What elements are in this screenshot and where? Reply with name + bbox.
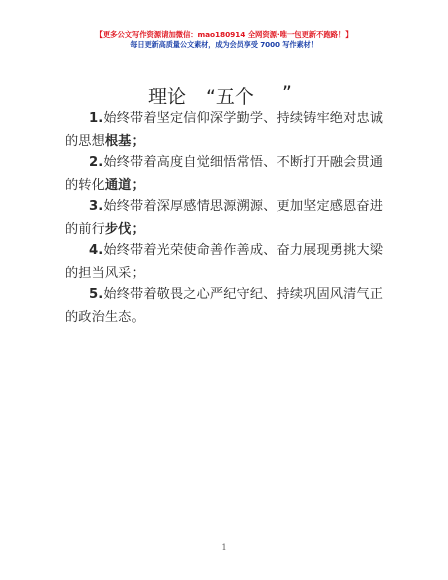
list-item: 5.始终带着敬畏之心严纪守纪、持续巩固风清气正的政治生态。 xyxy=(65,283,383,327)
item-tail: 生态。 xyxy=(105,310,145,325)
item-tail: 根基； xyxy=(105,134,145,149)
list-item: 3.始终带着深厚感情思源溯源、更加坚定感恩奋进的前行步伐； xyxy=(65,195,383,239)
paragraph-3: 3.始终带着深厚感情思源溯源、更加坚定感恩奋进的前行步伐； xyxy=(65,195,383,241)
title-part-1: 理论 xyxy=(148,82,186,109)
paragraph-1: 1.始终带着坚定信仰深学勤学、持续铸牢绝对忠诚的思想根基； xyxy=(65,107,383,153)
title-part-3: ” xyxy=(282,82,292,104)
page-number: 1 xyxy=(0,543,448,552)
item-number: 3. xyxy=(89,199,103,214)
document-page: 【更多公文写作资源请加微信：mao180914 全网资源·唯一包更新不跑路！】 … xyxy=(0,0,448,580)
item-number: 5. xyxy=(89,287,103,302)
item-tail: 通道； xyxy=(105,178,145,193)
paragraph-4: 4.始终带着光荣使命善作善成、奋力展现勇挑大梁的担当风采； xyxy=(65,239,383,285)
paragraph-2: 2.始终带着高度自觉细悟常悟、不断打开融会贯通的转化通道； xyxy=(65,151,383,197)
page-title: 理论 “五个 ” xyxy=(0,82,448,108)
list-item: 1.始终带着坚定信仰深学勤学、持续铸牢绝对忠诚的思想根基； xyxy=(65,107,383,151)
item-number: 2. xyxy=(89,155,103,170)
list-item: 4.始终带着光荣使命善作善成、奋力展现勇挑大梁的担当风采； xyxy=(65,239,383,283)
item-tail: 步伐； xyxy=(105,222,145,237)
promo-banner-line-1: 【更多公文写作资源请加微信：mao180914 全网资源·唯一包更新不跑路！】 xyxy=(0,29,448,40)
document-body: 1.始终带着坚定信仰深学勤学、持续铸牢绝对忠诚的思想根基； 2.始终带着高度自觉… xyxy=(65,107,383,327)
item-tail: 风采； xyxy=(105,266,145,281)
item-number: 4. xyxy=(89,243,103,258)
item-number: 1. xyxy=(89,111,103,126)
paragraph-5: 5.始终带着敬畏之心严纪守纪、持续巩固风清气正的政治生态。 xyxy=(65,283,383,329)
title-part-2: “五个 xyxy=(206,82,254,109)
list-item: 2.始终带着高度自觉细悟常悟、不断打开融会贯通的转化通道； xyxy=(65,151,383,195)
promo-banner-line-2: 每日更新高质量公文素材，成为会员享受 7000 写作素材！ xyxy=(0,40,448,50)
